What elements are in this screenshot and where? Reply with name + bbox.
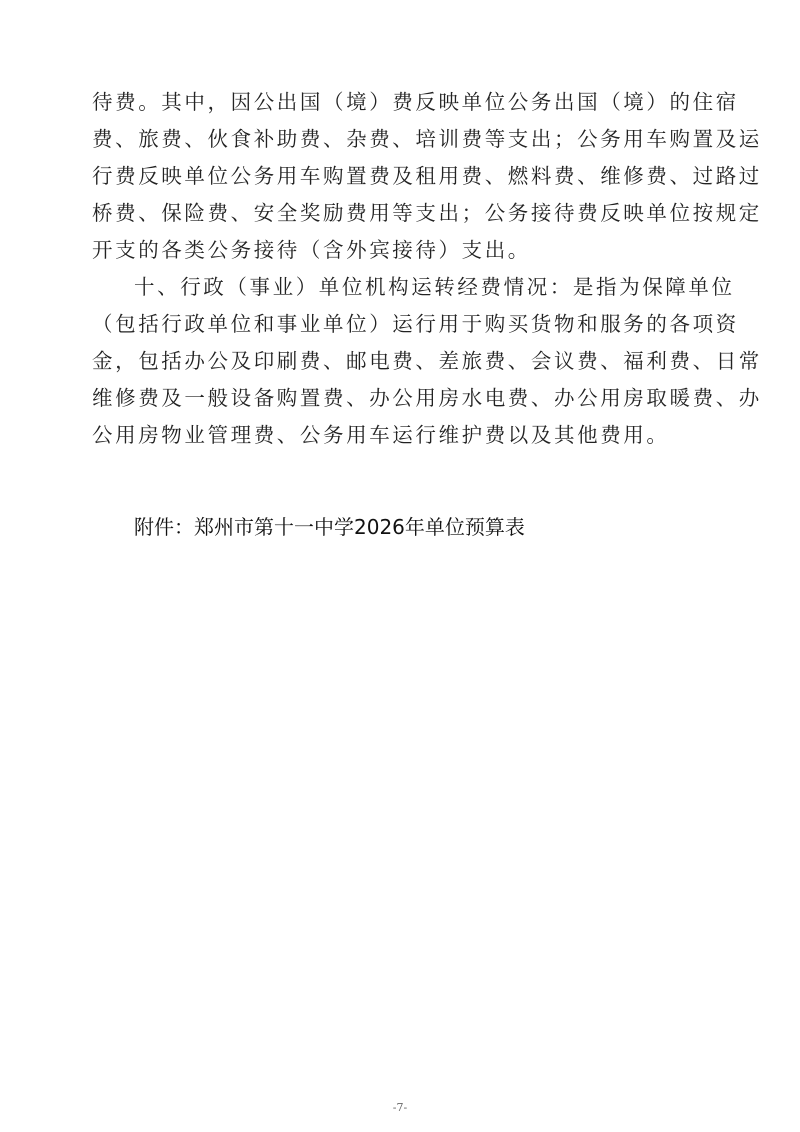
document-page: 待费。其中，因公出国（境）费反映单位公务出国（境）的住宿 费、旅费、伙食补助费、… <box>0 0 800 1132</box>
text-line: 桥费、保险费、安全奖励费用等支出；公务接待费反映单位按规定 <box>92 195 712 232</box>
text-line: 费、旅费、伙食补助费、杂费、培训费等支出；公务用车购置及运 <box>92 121 712 158</box>
attachment-title: 附件：郑州市第十一中学2026年单位预算表 <box>134 511 525 540</box>
paragraph-expenses-detail: 待费。其中，因公出国（境）费反映单位公务出国（境）的住宿 费、旅费、伙食补助费、… <box>92 84 712 269</box>
page-number: -7- <box>0 1101 800 1114</box>
text-line: 维修费及一般设备购置费、办公用房水电费、办公用房取暖费、办 <box>92 380 712 417</box>
text-line: 开支的各类公务接待（含外宾接待）支出。 <box>92 232 712 269</box>
text-line: 待费。其中，因公出国（境）费反映单位公务出国（境）的住宿 <box>92 84 712 121</box>
paragraph-operating-funds: 十、行政（事业）单位机构运转经费情况：是指为保障单位 （包括行政单位和事业单位）… <box>92 269 712 454</box>
text-line: 十、行政（事业）单位机构运转经费情况：是指为保障单位 <box>92 269 712 306</box>
text-line: 金，包括办公及印刷费、邮电费、差旅费、会议费、福利费、日常 <box>92 343 712 380</box>
text-line: 行费反映单位公务用车购置费及租用费、燃料费、维修费、过路过 <box>92 158 712 195</box>
text-line: （包括行政单位和事业单位）运行用于购买货物和服务的各项资 <box>92 306 712 343</box>
text-line: 公用房物业管理费、公务用车运行维护费以及其他费用。 <box>92 417 712 454</box>
